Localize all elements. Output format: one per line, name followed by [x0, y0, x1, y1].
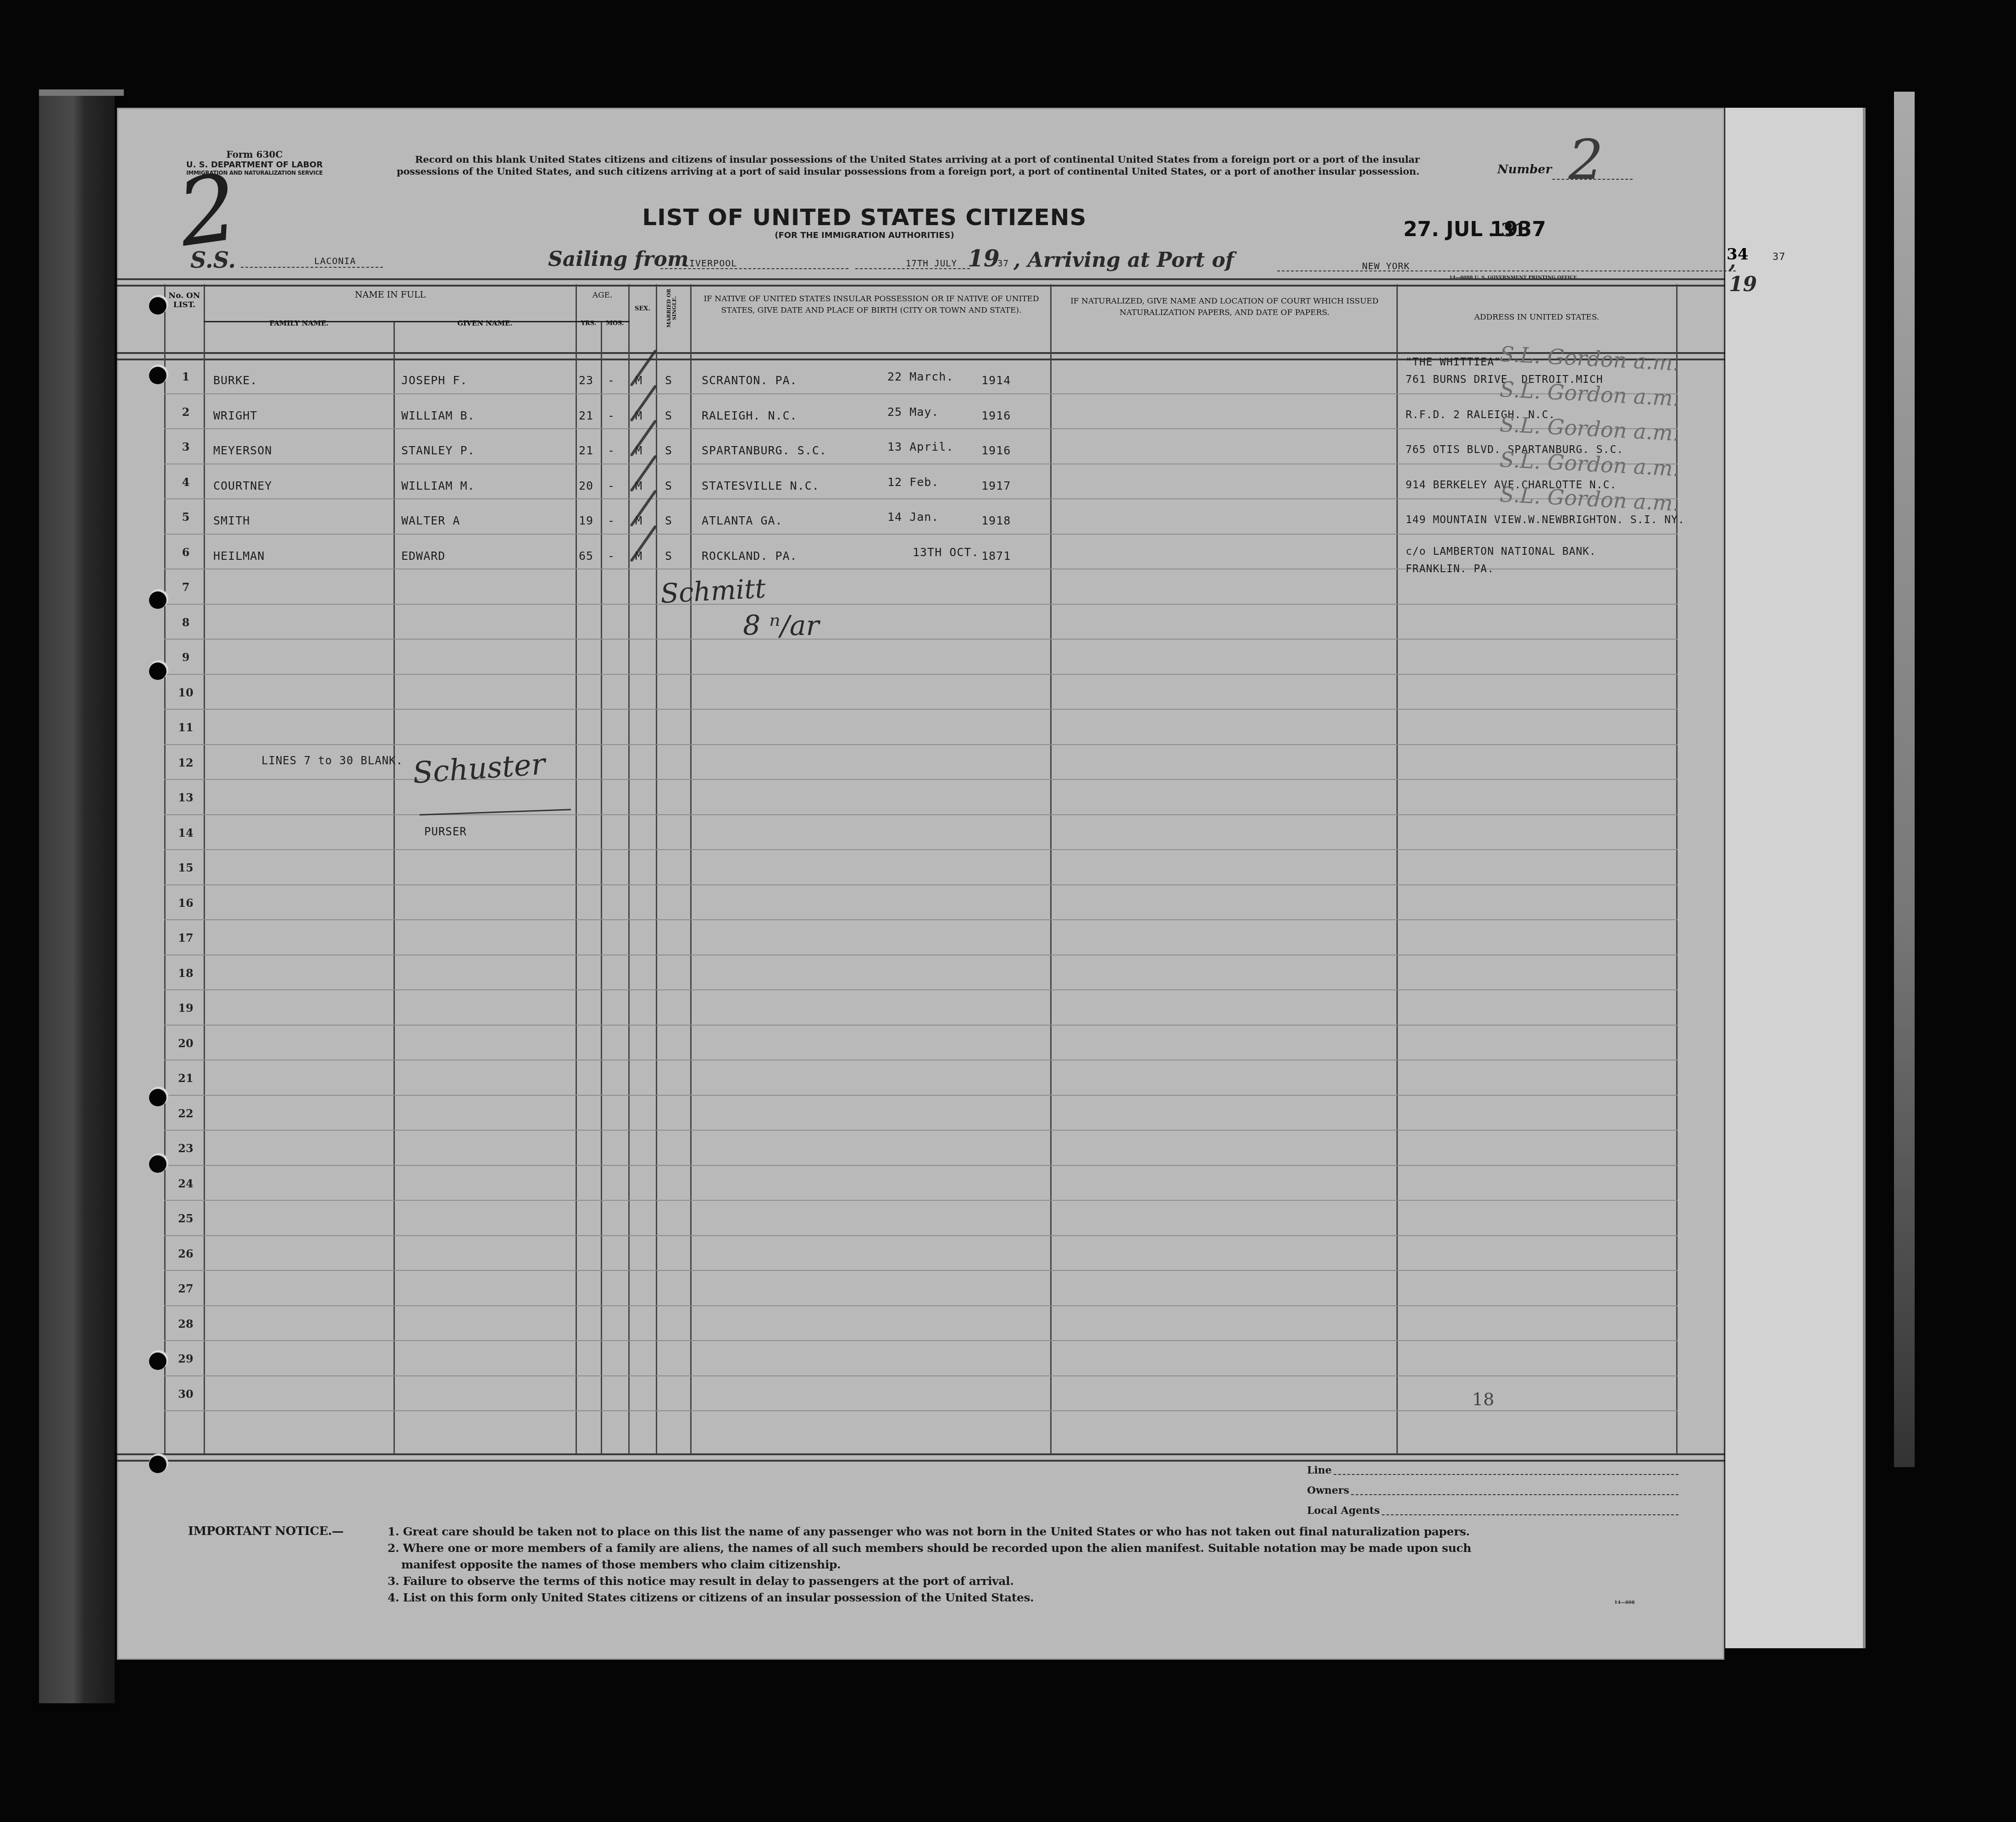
stamp-number: . 31 [1488, 219, 1527, 241]
row-rule [164, 884, 1678, 885]
birth-place-cell: SCRANTON. PA. [702, 374, 798, 387]
year-suffix-2[interactable]: 37 [1772, 251, 1786, 263]
birth-year-cell: 1871 [981, 549, 1011, 563]
family-name-cell: COURTNEY [213, 479, 272, 492]
notice-heading: IMPORTANT NOTICE.— [188, 1524, 343, 1538]
row-rule [164, 393, 1678, 394]
row-number: 28 [170, 1317, 202, 1331]
row-number: 21 [170, 1071, 202, 1085]
family-name-cell: HEILMAN [213, 549, 265, 563]
row-rule [164, 604, 1678, 605]
year-prefix-2: , 19 [1729, 249, 1757, 296]
row-rule [164, 1060, 1678, 1060]
header-name-in-full: NAME IN FULL [205, 289, 576, 302]
birth-year-cell: 1917 [981, 479, 1011, 492]
header-naturalized: IF NATURALIZED, GIVE NAME AND LOCATION O… [1057, 296, 1392, 318]
row-rule [164, 428, 1678, 429]
row-rule [164, 498, 1678, 499]
col-line-sex [656, 284, 657, 1453]
address-line: 149 MOUNTAIN VIEW.W.NEWBRIGHTON. S.I. NY… [1406, 514, 1685, 526]
ship-name[interactable]: LACONIA [314, 255, 356, 266]
col-line-given [576, 284, 577, 1453]
row-number: 30 [170, 1387, 202, 1401]
row-number: 15 [170, 861, 202, 874]
birth-place-cell: ROCKLAND. PA. [702, 549, 798, 563]
punch-hole [149, 1089, 166, 1106]
birth-column-mark: 8 ⁿ/ar [743, 610, 819, 642]
row-rule [164, 709, 1678, 710]
row-rule [164, 639, 1678, 640]
given-name-cell: JOSEPH F. [401, 374, 467, 387]
birth-date-cell: 22 March. [887, 370, 953, 383]
line-input[interactable] [1334, 1460, 1678, 1475]
age-months-cell: - [608, 514, 615, 527]
page-count: 18 [1472, 1389, 1494, 1409]
header-married-single: MARRIED OR SINGLE. [666, 276, 677, 340]
row-number: 1 [170, 370, 202, 383]
marital-status-cell: S [665, 549, 672, 563]
adjacent-blank-page [1725, 108, 1866, 1648]
binder-strip [39, 89, 115, 1703]
col-line-left [164, 284, 166, 1453]
marital-status-cell: S [665, 374, 672, 387]
punch-hole [149, 591, 166, 609]
notice-form-code: 14—608 [1614, 1600, 1635, 1605]
row-number: 25 [170, 1212, 202, 1225]
punch-hole [149, 297, 166, 315]
year-prefix-1: 19 [968, 245, 1000, 272]
port-to[interactable]: NEW YORK [1362, 260, 1410, 271]
notice-item: 4. List on this form only United States … [388, 1590, 1717, 1606]
given-name-cell: WILLIAM M. [401, 479, 475, 492]
birth-place-cell: STATESVILLE N.C. [702, 479, 820, 492]
number-value: 2 [1568, 128, 1603, 192]
row-number: 11 [170, 721, 202, 734]
punch-hole [149, 1353, 166, 1370]
birth-place-cell: SPARTANBURG. S.C. [702, 444, 827, 457]
row-rule [164, 814, 1678, 815]
punch-hole [149, 1456, 166, 1473]
col-line-married [690, 284, 692, 1453]
col-line-family [393, 321, 395, 1453]
age-months-cell: - [608, 549, 615, 563]
sailing-from-label: Sailing from [548, 248, 689, 271]
given-name-cell: WALTER A [401, 514, 460, 527]
notice-item: 2. Where one or more members of a family… [388, 1540, 1717, 1557]
row-number: 27 [170, 1282, 202, 1295]
age-months-cell: - [608, 479, 615, 492]
given-name-cell: EDWARD [401, 549, 445, 563]
owners-label: Owners [1307, 1480, 1349, 1501]
given-name-cell: WILLIAM B. [401, 409, 475, 422]
col-line-mos [628, 284, 630, 1453]
row-number: 20 [170, 1037, 202, 1050]
birth-date-cell: 25 May. [887, 405, 939, 419]
row-rule [164, 1340, 1678, 1341]
col-line-naturalized [1396, 284, 1398, 1453]
row-rule [164, 1200, 1678, 1201]
birth-year-cell: 1916 [981, 409, 1011, 422]
line-field: Line [1307, 1460, 1678, 1480]
row-rule [164, 1305, 1678, 1306]
port-from[interactable]: LIVERPOOL [683, 258, 737, 269]
marital-status-cell: S [665, 444, 672, 457]
manifest-page [117, 108, 1724, 1660]
row-number: 24 [170, 1177, 202, 1190]
year-suffix-1[interactable]: 37 [997, 259, 1009, 269]
marital-status-cell: S [665, 479, 672, 492]
row-number: 7 [170, 580, 202, 594]
row-number: 23 [170, 1142, 202, 1155]
owners-field: Owners [1307, 1480, 1678, 1501]
local-agents-field: Local Agents [1307, 1501, 1678, 1521]
punch-hole [149, 367, 166, 384]
row-rule [164, 1025, 1678, 1026]
row-rule [164, 744, 1678, 745]
age-years-cell: 65 [579, 549, 593, 563]
birth-date-cell: 14 Jan. [887, 510, 939, 524]
notice-item: 1. Great care should be taken not to pla… [388, 1524, 1717, 1540]
page-subtitle: (FOR THE IMMIGRATION AUTHORITIES) [498, 231, 1231, 240]
row-number: 2 [170, 405, 202, 419]
row-number: 8 [170, 616, 202, 629]
row-rule [164, 1410, 1678, 1411]
row-number: 5 [170, 510, 202, 524]
page-title: LIST OF UNITED STATES CITIZENS [498, 204, 1231, 231]
row-number: 17 [170, 931, 202, 944]
departure-date[interactable]: 17TH JULY [906, 259, 957, 269]
age-years-cell: 23 [579, 374, 593, 387]
row-rule [164, 1095, 1678, 1096]
row-number: 19 [170, 1001, 202, 1015]
purser-title: PURSER [424, 825, 467, 838]
age-years-cell: 19 [579, 514, 593, 527]
ss-label: S.S. [190, 248, 236, 273]
arriving-label: , Arriving at Port of [1014, 248, 1234, 272]
row-rule [164, 849, 1678, 850]
header-yrs: YRS. [576, 320, 601, 328]
row-number: 26 [170, 1247, 202, 1260]
birth-place-cell: RALEIGH. N.C. [702, 409, 798, 422]
row-number: 3 [170, 440, 202, 453]
header-no: No. ON LIST. [165, 291, 204, 310]
birth-date-cell: 13TH OCT. [913, 546, 979, 559]
row-rule [164, 674, 1678, 675]
row-rule [164, 955, 1678, 955]
col-line-birth [1050, 284, 1052, 1453]
local-agents-label: Local Agents [1307, 1501, 1380, 1521]
family-name-cell: WRIGHT [213, 409, 257, 422]
row-number: 6 [170, 546, 202, 559]
port-to-line [1277, 271, 1736, 271]
row-rule [164, 1130, 1678, 1131]
agents-block: Line Owners Local Agents [1307, 1460, 1678, 1521]
birth-year-cell: 1916 [981, 444, 1011, 457]
ship-line [241, 267, 383, 268]
address-line: "THE WHITTIEA" [1406, 356, 1501, 368]
header-sex: SEX. [629, 305, 656, 314]
header-family-name: FAMILY NAME. [205, 319, 393, 329]
family-name-cell: BURKE. [213, 374, 257, 387]
blank-lines-note: LINES 7 to 30 BLANK. [261, 754, 403, 767]
col-line-yrs [601, 321, 602, 1453]
row-number: 18 [170, 966, 202, 980]
birth-date-cell: 12 Feb. [887, 475, 939, 489]
birth-column-signature: Schmitt [659, 573, 766, 609]
row-number: 9 [170, 651, 202, 664]
birth-date-cell: 13 April. [887, 440, 953, 453]
form-instructions: Record on this blank United States citiz… [397, 154, 1438, 178]
notice-items: 1. Great care should be taken not to pla… [388, 1524, 1717, 1606]
row-rule [164, 1375, 1678, 1376]
header-mos: MOS. [602, 320, 628, 328]
marital-status-cell: S [665, 514, 672, 527]
birth-year-cell: 1914 [981, 374, 1011, 387]
punch-hole [149, 1155, 166, 1173]
row-number: 29 [170, 1352, 202, 1365]
age-months-cell: - [608, 444, 615, 457]
header-age: AGE. [576, 290, 628, 301]
given-name-cell: STANLEY P. [401, 444, 475, 457]
form-number: Form 630C [165, 149, 344, 160]
row-rule [164, 1270, 1678, 1271]
notice-item: 3. Failure to observe the terms of this … [388, 1573, 1717, 1590]
line-label: Line [1307, 1460, 1332, 1480]
page-edge-strip [1894, 92, 1915, 1467]
row-number: 16 [170, 896, 202, 910]
address-line: c/o LAMBERTON NATIONAL BANK. [1406, 546, 1596, 558]
row-number: 14 [170, 826, 202, 839]
address-line: FRANKLIN. PA. [1406, 563, 1494, 575]
birth-year-cell: 1918 [981, 514, 1011, 527]
row-rule [164, 779, 1678, 780]
family-name-cell: SMITH [213, 514, 250, 527]
row-rule [164, 1165, 1678, 1166]
row-number: 10 [170, 686, 202, 699]
marital-status-cell: S [665, 409, 672, 422]
row-rule [164, 464, 1678, 464]
notice-item: manifest opposite the names of those mem… [388, 1557, 1717, 1573]
age-months-cell: - [608, 374, 615, 387]
owners-input[interactable] [1351, 1480, 1678, 1495]
birth-place-cell: ATLANTA GA. [702, 514, 783, 527]
header-given-name: GIVEN NAME. [394, 319, 576, 329]
row-rule [164, 1235, 1678, 1236]
age-years-cell: 21 [579, 444, 593, 457]
binder-strip-top [39, 89, 124, 96]
printer-mark: 14—6088 U. S. GOVERNMENT PRINTING OFFICE [1449, 275, 1577, 280]
punch-hole [149, 663, 166, 680]
header-birth: IF NATIVE OF UNITED STATES INSULAR POSSE… [697, 293, 1046, 316]
age-years-cell: 21 [579, 409, 593, 422]
row-rule [164, 989, 1678, 990]
number-label: Number [1497, 163, 1552, 177]
row-number: 13 [170, 791, 202, 804]
age-months-cell: - [608, 409, 615, 422]
family-name-cell: MEYERSON [213, 444, 272, 457]
col-line-no [204, 284, 205, 1453]
row-number: 4 [170, 475, 202, 489]
age-years-cell: 20 [579, 479, 593, 492]
row-number: 22 [170, 1107, 202, 1120]
row-rule [164, 919, 1678, 920]
row-number: 12 [170, 756, 202, 769]
row-rule [164, 534, 1678, 535]
header-address: ADDRESS IN UNITED STATES. [1397, 312, 1676, 323]
local-agents-input[interactable] [1382, 1501, 1678, 1515]
